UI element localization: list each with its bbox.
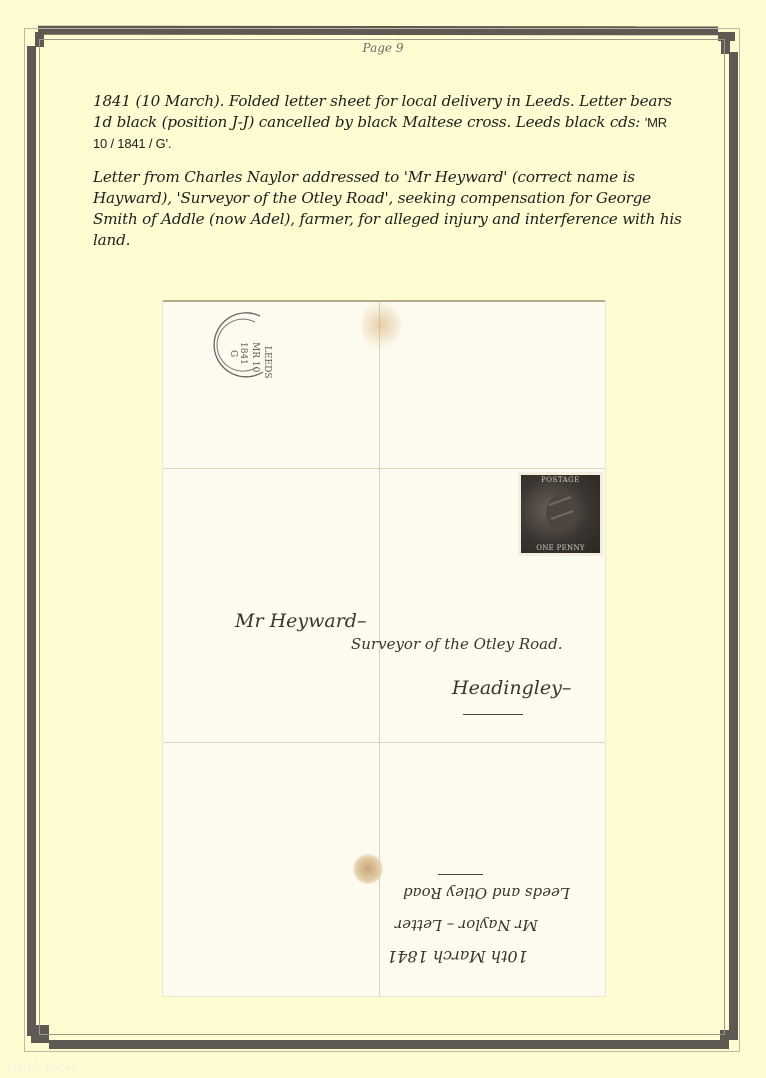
postmark-code: G bbox=[228, 350, 238, 357]
letter-image: LEEDS MR 10 1841 G POSTAGE ONE PENNY Mr … bbox=[163, 302, 605, 996]
fold-line-lower bbox=[163, 742, 605, 743]
address-underline bbox=[463, 714, 523, 715]
docket-line-1: Leeds and Otley Road bbox=[403, 884, 570, 902]
address-line-3: Headingley– bbox=[452, 677, 571, 699]
page-number: Page 9 bbox=[0, 41, 766, 55]
stamp-portrait: POSTAGE ONE PENNY bbox=[521, 475, 600, 553]
address-line-1: Mr Heyward– bbox=[235, 610, 366, 632]
docket-line-3: 10th March 1841 bbox=[387, 947, 528, 966]
postmark-year: 1841 bbox=[238, 342, 248, 365]
watermark-text: Derek Baron bbox=[7, 1060, 79, 1074]
leeds-postmark-icon: LEEDS MR 10 1841 G bbox=[205, 306, 283, 384]
description-italic-text: 1841 (10 March). Folded letter sheet for… bbox=[93, 92, 672, 131]
wax-seal-mark bbox=[353, 854, 383, 884]
stamp-bottom-text: ONE PENNY bbox=[521, 544, 600, 552]
queen-profile-icon bbox=[521, 475, 600, 553]
description-paragraph-1: 1841 (10 March). Folded letter sheet for… bbox=[93, 91, 683, 154]
docket-flourish bbox=[438, 874, 483, 875]
stain-mark bbox=[361, 300, 401, 350]
address-line-2: Surveyor of the Otley Road. bbox=[351, 635, 562, 653]
fold-line-upper bbox=[163, 468, 605, 469]
penny-black-stamp: POSTAGE ONE PENNY bbox=[518, 472, 603, 556]
postmark-date: MR 10 bbox=[250, 342, 260, 373]
postmark-town: LEEDS bbox=[262, 346, 272, 379]
docket-line-2: Mr Naylor – Letter bbox=[395, 916, 538, 934]
description-paragraph-2: Letter from Charles Naylor addressed to … bbox=[93, 167, 683, 251]
